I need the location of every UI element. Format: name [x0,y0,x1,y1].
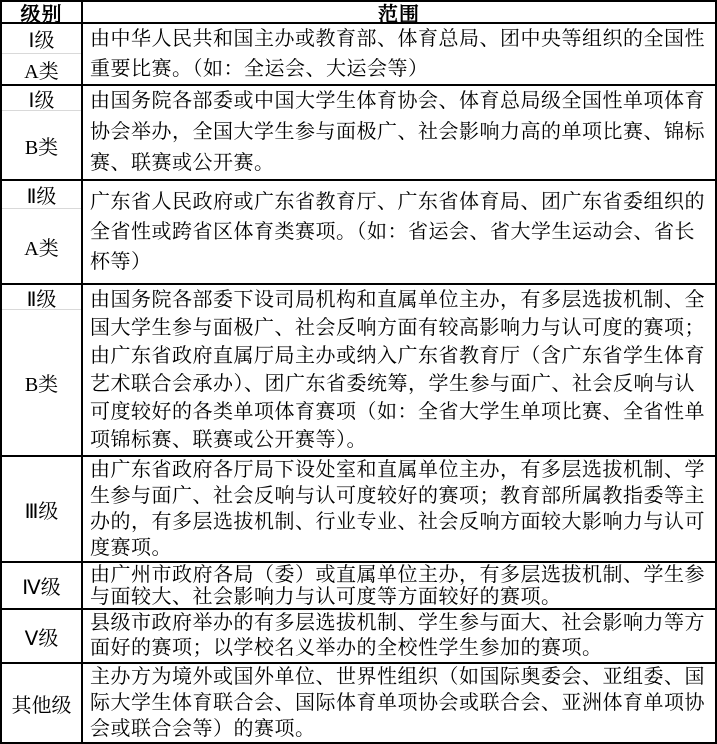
scope-text: 由国务院各部委下设司局机构和直属单位主办，有多层选拔机制、全国大学生参与面极广、… [90,286,711,454]
class-label: B类 [2,310,81,455]
class-label: B类 [2,111,81,179]
table-header-row: 级别 范围 [2,2,715,22]
header-level-column: 级别 [2,2,81,22]
level-label: Ⅲ级 [2,457,81,561]
level-label: Ⅳ级 [2,563,81,608]
level-label: Ⅰ级 [2,86,81,111]
scope-text: 县级市政府举办的有多层选拔机制、学生参与面大、社会影响力等方面好的赛项；以学校名… [90,611,711,661]
level-cell: Ⅰ级 A类 [2,24,81,84]
scope-cell: 由广州市政府各局（委）或直属单位主办，有多层选拔机制、学生参与面较大、社会影响力… [81,563,715,608]
table-row-level5: Ⅴ级 县级市政府举办的有多层选拔机制、学生参与面大、社会影响力等方面好的赛项；以… [2,608,715,662]
scope-text: 由中华人民共和国主办或教育部、体育总局、团中央等组织的全国性重要比赛。（如：全运… [90,24,711,84]
level-cell: Ⅱ级 A类 [2,181,81,283]
level-label: Ⅰ级 [2,24,81,54]
level-label: Ⅱ级 [2,181,81,209]
level-cell: Ⅰ级 B类 [2,86,81,179]
scope-cell: 由中华人民共和国主办或教育部、体育总局、团中央等组织的全国性重要比赛。（如：全运… [81,24,715,84]
table-row-level3: Ⅲ级 由广东省政府各厅局下设处室和直属单位主办，有多层选拔机制、学生参与面广、社… [2,455,715,561]
scope-text: 广东省人民政府或广东省教育厅、广东省体育局、团广东省委组织的全省性或跨省区体育类… [90,187,711,277]
scope-text: 由广东省政府各厅局下设处室和直属单位主办，有多层选拔机制、学生参与面广、社会反响… [90,457,711,561]
table-row-level2-a: Ⅱ级 A类 广东省人民政府或广东省教育厅、广东省体育局、团广东省委组织的全省性或… [2,179,715,283]
level-label: 其他级 [2,664,81,742]
scope-cell: 由国务院各部委下设司局机构和直属单位主办，有多层选拔机制、全国大学生参与面极广、… [81,285,715,455]
scope-cell: 县级市政府举办的有多层选拔机制、学生参与面大、社会影响力等方面好的赛项；以学校名… [81,610,715,662]
level-label: Ⅴ级 [2,610,81,662]
table-row-level1-b: Ⅰ级 B类 由国务院各部委或中国大学生体育协会、体育总局级全国性单项体育协会举办… [2,84,715,179]
class-label: A类 [2,54,81,84]
table-row-level2-b: Ⅱ级 B类 由国务院各部委下设司局机构和直属单位主办，有多层选拔机制、全国大学生… [2,283,715,455]
level-label: Ⅱ级 [2,285,81,310]
table-row-level1-a: Ⅰ级 A类 由中华人民共和国主办或教育部、体育总局、团中央等组织的全国性重要比赛… [2,22,715,84]
scope-text: 主办方为境外或国外单位、世界性组织（如国际奥委会、亚组委、国际大学生体育联合会、… [90,664,711,742]
class-label: A类 [2,209,81,283]
header-scope-column: 范围 [81,2,715,22]
scope-cell: 由广东省政府各厅局下设处室和直属单位主办，有多层选拔机制、学生参与面广、社会反响… [81,457,715,561]
header-scope-label: 范围 [378,2,420,22]
competition-level-table: 级别 范围 Ⅰ级 A类 由中华人民共和国主办或教育部、体育总局、团中央等组织的全… [0,0,717,744]
table-row-other-level: 其他级 主办方为境外或国外单位、世界性组织（如国际奥委会、亚组委、国际大学生体育… [2,662,715,742]
scope-cell: 由国务院各部委或中国大学生体育协会、体育总局级全国性单项体育协会举办，全国大学生… [81,86,715,179]
level-cell: Ⅱ级 B类 [2,285,81,455]
scope-cell: 广东省人民政府或广东省教育厅、广东省体育局、团广东省委组织的全省性或跨省区体育类… [81,181,715,283]
scope-text: 由国务院各部委或中国大学生体育协会、体育总局级全国性单项体育协会举办，全国大学生… [90,86,711,179]
scope-cell: 主办方为境外或国外单位、世界性组织（如国际奥委会、亚组委、国际大学生体育联合会、… [81,664,715,742]
scope-text: 由广州市政府各局（委）或直属单位主办，有多层选拔机制、学生参与面较大、社会影响力… [90,564,711,608]
table-row-level4: Ⅳ级 由广州市政府各局（委）或直属单位主办，有多层选拔机制、学生参与面较大、社会… [2,561,715,608]
